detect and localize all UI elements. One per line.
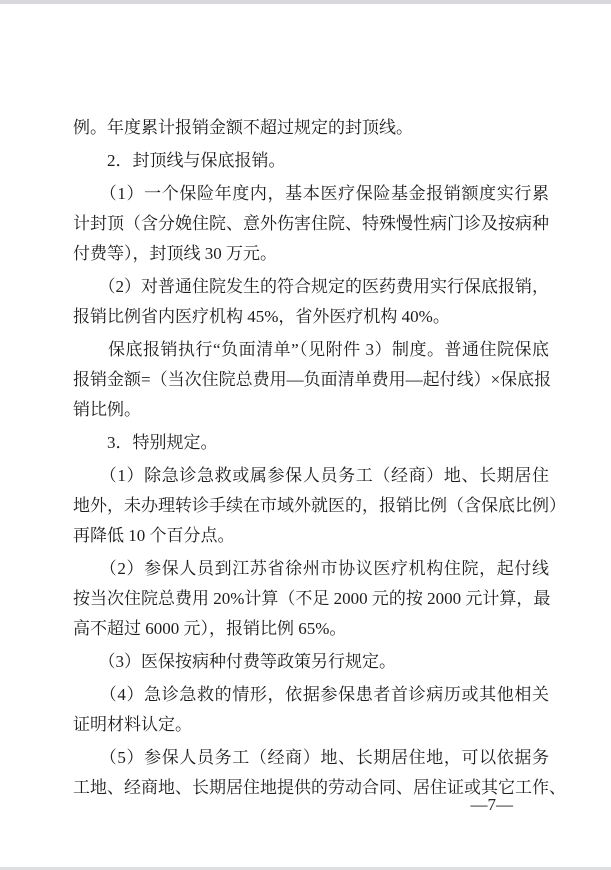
text-line: （1）除急诊急救或属参保人员务工（经商）地、长期居住 (73, 461, 549, 491)
text-line: 报销金额=（当次住院总费用—负面清单费用—起付线）×保底报 (73, 365, 549, 395)
text-line: （2）参保人员到江苏省徐州市协议医疗机构住院，起付线 (73, 554, 549, 584)
paragraph: （1）一个保险年度内，基本医疗保险基金报销额度实行累计封顶（含分娩住院、意外伤害… (73, 179, 549, 269)
text-line: 再降低 10 个百分点。 (73, 521, 549, 551)
document-page: 例。年度累计报销金额不超过规定的封顶线。 2．封顶线与保底报销。 （1）一个保险… (0, 0, 611, 870)
text-line: 保底报销执行“负面清单”（见附件 3）制度。普通住院保底 (73, 335, 549, 365)
paragraph: （1）除急诊急救或属参保人员务工（经商）地、长期居住地外，未办理转诊手续在市域外… (73, 461, 549, 551)
text-line: 证明材料认定。 (73, 710, 549, 740)
paragraph: 例。年度累计报销金额不超过规定的封顶线。 (73, 113, 549, 143)
paragraph: （5）参保人员务工（经商）地、长期居住地，可以依据务工地、经商地、长期居住地提供… (73, 743, 549, 803)
text-line: （5）参保人员务工（经商）地、长期居住地，可以依据务 (73, 743, 549, 773)
text-line: 3．特别规定。 (73, 428, 549, 458)
paragraph: 保底报销执行“负面清单”（见附件 3）制度。普通住院保底报销金额=（当次住院总费… (73, 335, 549, 425)
text-line: （2）对普通住院发生的符合规定的医药费用实行保底报销， (73, 272, 549, 302)
paragraph: 3．特别规定。 (73, 428, 549, 458)
paragraph: （2）参保人员到江苏省徐州市协议医疗机构住院，起付线按当次住院总费用 20%计算… (73, 554, 549, 644)
text-line: 高不超过 6000 元），报销比例 65%。 (73, 614, 549, 644)
text-line: 按当次住院总费用 20%计算（不足 2000 元的按 2000 元计算，最 (73, 584, 549, 614)
paragraph: （4）急诊急救的情形，依据参保患者首诊病历或其他相关证明材料认定。 (73, 680, 549, 740)
paragraph: （2）对普通住院发生的符合规定的医药费用实行保底报销，报销比例省内医疗机构 45… (73, 272, 549, 332)
text-line: 付费等），封顶线 30 万元。 (73, 239, 549, 269)
page-number: —7— (471, 795, 514, 815)
text-line: 例。年度累计报销金额不超过规定的封顶线。 (73, 113, 549, 143)
text-line: 报销比例省内医疗机构 45%，省外医疗机构 40%。 (73, 302, 549, 332)
paragraph: （3）医保按病种付费等政策另行规定。 (73, 647, 549, 677)
text-line: 地外，未办理转诊手续在市域外就医的，报销比例（含保底比例） (73, 491, 549, 521)
text-line: 销比例。 (73, 395, 549, 425)
page-top-edge (0, 0, 611, 4)
text-line: 2．封顶线与保底报销。 (73, 146, 549, 176)
text-line: （1）一个保险年度内，基本医疗保险基金报销额度实行累 (73, 179, 549, 209)
text-line: （3）医保按病种付费等政策另行规定。 (73, 647, 549, 677)
text-line: （4）急诊急救的情形，依据参保患者首诊病历或其他相关 (73, 680, 549, 710)
document-body: 例。年度累计报销金额不超过规定的封顶线。 2．封顶线与保底报销。 （1）一个保险… (73, 113, 549, 803)
paragraph: 2．封顶线与保底报销。 (73, 146, 549, 176)
text-line: 计封顶（含分娩住院、意外伤害住院、特殊慢性病门诊及按病种 (73, 209, 549, 239)
